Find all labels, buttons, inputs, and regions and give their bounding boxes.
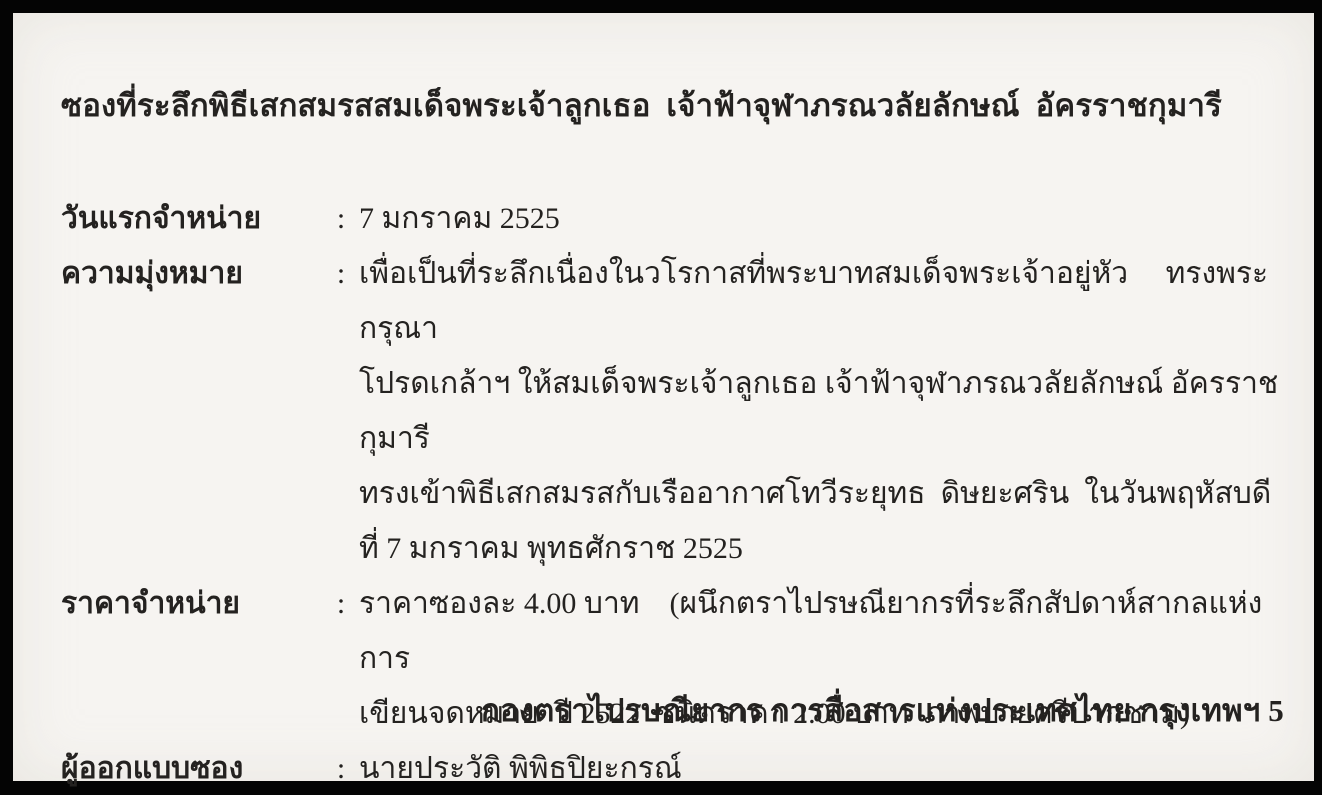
- field-value-line: ราคาซองละ 4.00 บาท (ผนึกตราไปรษณียากรที่…: [359, 576, 1280, 686]
- info-card: ซองที่ระลึกพิธีเสกสมรสสมเด็จพระเจ้าลูกเธ…: [13, 13, 1314, 781]
- field-value-line: ที่ 7 มกราคม พุทธศักราช 2525: [359, 521, 1280, 576]
- field-value-line: โปรดเกล้าฯ ให้สมเด็จพระเจ้าลูกเธอ เจ้าฟ้…: [359, 356, 1280, 466]
- colon-separator: :: [323, 741, 359, 795]
- field-row-purpose: ความมุ่งหมาย : เพื่อเป็นที่ระลึกเนื่องใน…: [61, 246, 1280, 576]
- card-content: ซองที่ระลึกพิธีเสกสมรสสมเด็จพระเจ้าลูกเธ…: [61, 81, 1280, 781]
- field-label: ราคาจำหน่าย: [61, 576, 323, 631]
- field-value: เพื่อเป็นที่ระลึกเนื่องในวโรกาสที่พระบาท…: [359, 246, 1280, 576]
- field-value-line: เพื่อเป็นที่ระลึกเนื่องในวโรกาสที่พระบาท…: [359, 246, 1280, 356]
- field-row-designer: ผู้ออกแบบซอง : นายประวัติ พิพิธปิยะกรณ์: [61, 741, 1280, 795]
- field-value: 7 มกราคม 2525: [359, 191, 1280, 246]
- colon-separator: :: [323, 246, 359, 301]
- field-label: ผู้ออกแบบซอง: [61, 741, 323, 795]
- field-row-first-day-of-issue: วันแรกจำหน่าย : 7 มกราคม 2525: [61, 191, 1280, 246]
- issuing-authority-footer: กองตราไปรษณียากร การสื่อสารแห่งประเทศไทย…: [481, 685, 1284, 735]
- field-label: ความมุ่งหมาย: [61, 246, 323, 301]
- field-value-line: ทรงเข้าพิธีเสกสมรสกับเรืออากาศโทวีระยุทธ…: [359, 466, 1280, 521]
- field-value-line: 7 มกราคม 2525: [359, 191, 1280, 246]
- document-title: ซองที่ระลึกพิธีเสกสมรสสมเด็จพระเจ้าลูกเธ…: [61, 81, 1280, 131]
- field-label: วันแรกจำหน่าย: [61, 191, 323, 246]
- colon-separator: :: [323, 191, 359, 246]
- colon-separator: :: [323, 576, 359, 631]
- field-value: นายประวัติ พิพิธปิยะกรณ์: [359, 741, 1280, 795]
- field-value-line: นายประวัติ พิพิธปิยะกรณ์: [359, 741, 1280, 795]
- scanner-background: ซองที่ระลึกพิธีเสกสมรสสมเด็จพระเจ้าลูกเธ…: [0, 0, 1322, 795]
